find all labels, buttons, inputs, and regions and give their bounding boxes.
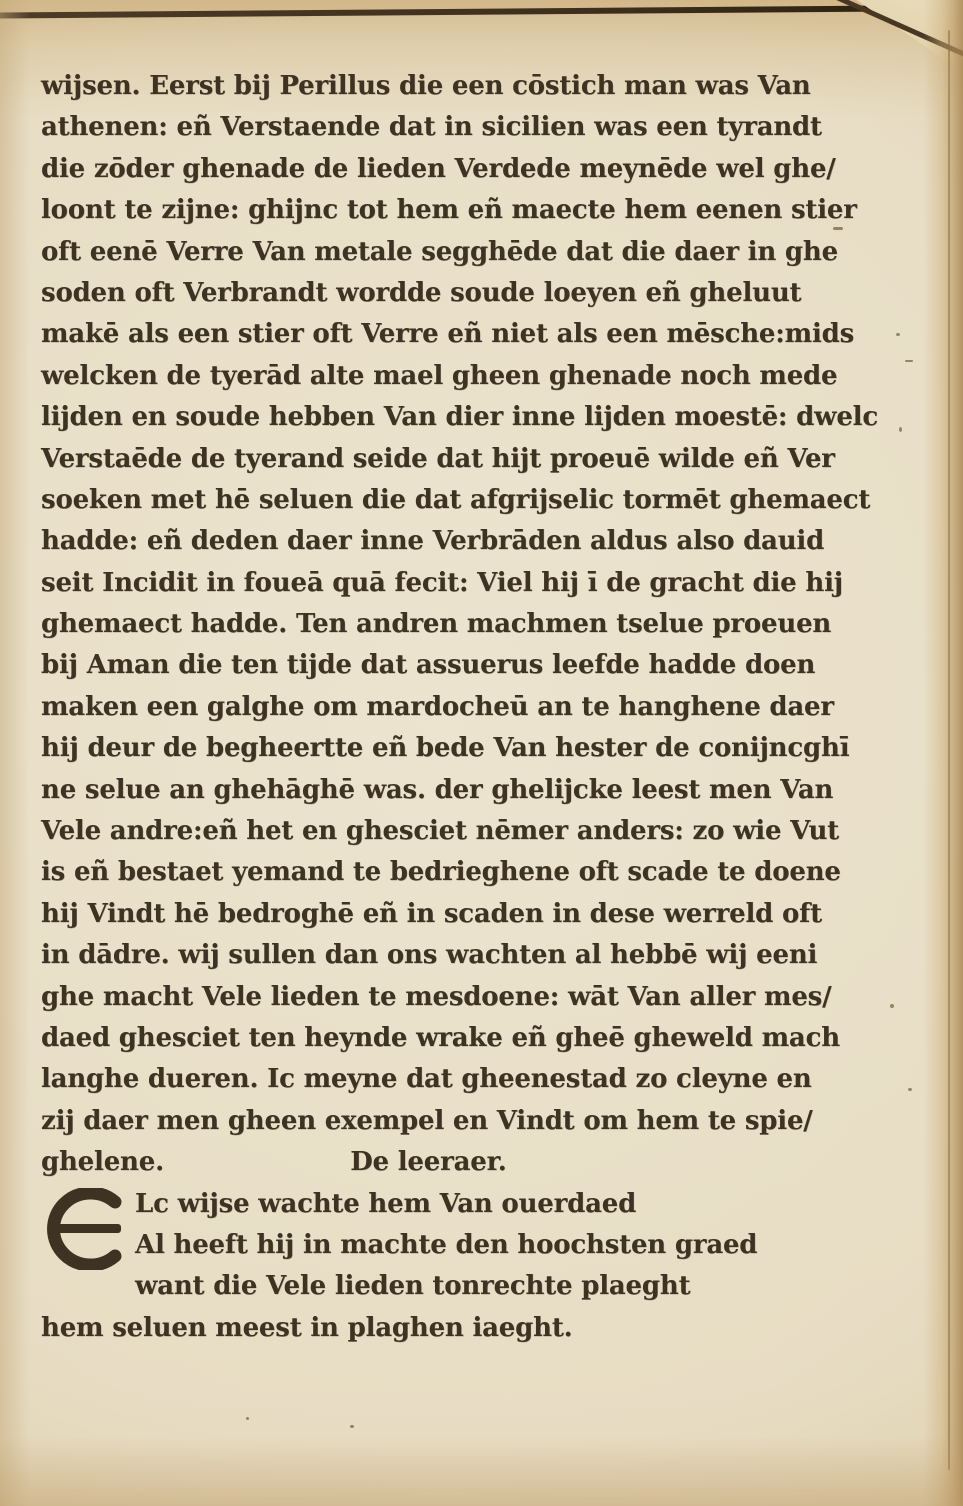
prose-line: wijsen. Eerst bij Perillus die een cōsti… <box>41 66 786 107</box>
paper-speck <box>246 1417 249 1420</box>
section-heading: De leeraer. <box>350 1142 506 1183</box>
prose-line: athenen: eñ Verstaende dat in sicilien w… <box>41 107 786 148</box>
prose-line: seit Incidit in foueā quā fecit: Viel hi… <box>41 563 786 604</box>
prose-line: daed ghesciet ten heynde wrake eñ gheē g… <box>41 1018 786 1059</box>
prose-line: bij Aman die ten tijde dat assuerus leef… <box>41 645 786 686</box>
prose-line: ghe macht Vele lieden te mesdoene: wāt V… <box>41 977 786 1018</box>
prose-line: Verstaēde de tyerand seide dat hijt proe… <box>41 439 786 480</box>
prose-line: is eñ bestaet yemand te bedrieghene oft … <box>41 852 786 893</box>
prose-line: welcken de tyerād alte mael gheen ghenad… <box>41 356 786 397</box>
prose-line: maken een galghe om mardocheū an te hang… <box>41 687 786 728</box>
gutter-shadow <box>0 0 30 1506</box>
paper-speck <box>890 1004 894 1008</box>
book-page: wijsen. Eerst bij Perillus die een cōsti… <box>0 0 963 1506</box>
prose-line: lijden en soude hebben Van dier inne lij… <box>41 397 786 438</box>
prose-line: langhe dueren. Ic meyne dat gheenestad z… <box>41 1059 786 1100</box>
drop-cap-initial-E-icon <box>41 1188 127 1270</box>
verse-line: hem seluen meest in plaghen iaeght. <box>41 1308 786 1349</box>
prose-line: makē als een stier oft Verre eñ niet als… <box>41 314 786 355</box>
paper-speck <box>833 227 843 230</box>
prose-line: ne selue an ghehāghē was. der ghelijcke … <box>41 770 786 811</box>
paper-speck <box>350 1425 354 1428</box>
fore-edge-line <box>948 30 950 1470</box>
paper-speck <box>905 360 913 362</box>
prose-last-row: ghelene. De leeraer. <box>41 1142 786 1183</box>
paper-speck <box>896 333 900 336</box>
verse-line: want die Vele lieden tonrechte plaeght <box>41 1266 786 1307</box>
verse-block: Lc wijse wachte hem Van ouerdaed Al heef… <box>41 1184 786 1350</box>
verse-line: Lc wijse wachte hem Van ouerdaed <box>41 1184 786 1225</box>
prose-line: hij deur de begheertte eñ bede Van heste… <box>41 728 786 769</box>
prose-line: in dādre. wij sullen dan ons wachten al … <box>41 935 786 976</box>
prose-line-end: ghelene. <box>41 1147 164 1177</box>
prose-line: ghemaect hadde. Ten andren machmen tselu… <box>41 604 786 645</box>
bottom-shadow <box>0 1436 963 1506</box>
verse-line: Al heeft hij in machte den hoochsten gra… <box>41 1225 786 1266</box>
prose-line: hadde: eñ deden daer inne Verbrāden aldu… <box>41 521 786 562</box>
paper-speck <box>908 1088 912 1091</box>
prose-line: soden oft Verbrandt wordde soude loeyen … <box>41 273 786 314</box>
prose-line: hij Vindt hē bedroghē eñ in scaden in de… <box>41 894 786 935</box>
prose-line: loont te zijne: ghijnc tot hem eñ maecte… <box>41 190 786 231</box>
prose-line: oft eenē Verre Van metale segghēde dat d… <box>41 232 786 273</box>
prose-line: die zōder ghenade de lieden Verdede meyn… <box>41 149 786 190</box>
prose-line: soeken met hē seluen die dat afgrijselic… <box>41 480 786 521</box>
text-block: wijsen. Eerst bij Perillus die een cōsti… <box>41 66 786 1349</box>
fore-edge-shading <box>923 0 963 1506</box>
prose-line: Vele andre:eñ het en ghesciet nēmer ande… <box>41 811 786 852</box>
paper-speck <box>899 427 902 432</box>
prose-line: zij daer men gheen exempel en Vindt om h… <box>41 1101 786 1142</box>
